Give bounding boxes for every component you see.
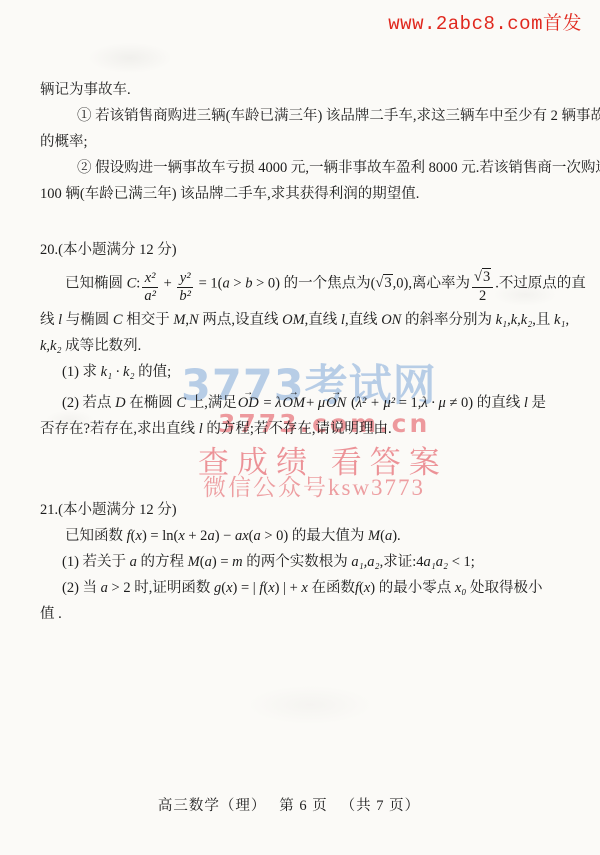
math-fraction: √32 [472,268,493,303]
text-run: ) = ln( [142,528,178,544]
text-run: ) | + [275,580,302,596]
math-variable: λ · μ [421,395,445,411]
text-line: 已知函数 f(x) = ln(x + 2a) − ax(a > 0) 的最大值为… [40,528,570,545]
text-run: + 2 [185,528,208,544]
text-run: : [136,275,140,291]
text-line: 的概率; [40,134,570,151]
text-run: (2) 若点 [62,395,115,411]
math-variable: k₁ [554,312,565,328]
math-variable: ax [235,528,249,544]
text-run: 20.(本小题满分 12 分) [40,242,177,258]
text-run: 已知椭圆 [65,275,127,291]
text-run: 成等比数列. [62,338,142,354]
text-line: 100 辆(车龄已满三年) 该品牌二手车,求其获得利润的期望值. [40,186,570,203]
text-line: 辆记为事故车. [40,82,570,99]
text-run: = 1( [195,275,223,291]
text-run: = [260,395,275,411]
text-run: 是 [528,395,546,411]
math-variable: M [188,554,200,570]
fraction-numerator: x² [142,271,158,287]
text-run: ). [392,528,400,544]
text-run: > 2 时,证明函数 [108,580,214,596]
text-run: 两点,设直线 [199,312,282,328]
text-run: 的两个实数根为 [243,554,352,570]
text-run: > [230,275,245,291]
page-footer: 高三数学（理） 第 6 页 （共 7 页） [0,794,578,815]
text-line: 已知椭圆 C:x²a² + y²b² = 1(a > b > 0) 的一个焦点为… [40,268,570,303]
text-run: , [565,312,569,328]
math-variable: M [173,312,185,328]
fraction-denominator: 2 [472,287,493,304]
text-run: (1) 若关于 [62,554,130,570]
sqrt-expression: √3 [474,269,491,285]
text-run: ,且 [532,312,554,328]
math-variable: M [368,528,380,544]
text-run: (2) 当 [62,580,101,596]
text-run: (1) 求 [62,364,101,380]
text-line: 20.(本小题满分 12 分) [40,242,570,259]
math-variable: m [232,554,242,570]
text-run: .不过原点的直 [495,275,586,291]
text-run: 在椭圆 [126,395,177,411]
text-run: 辆记为事故车. [40,82,131,98]
text-run: 相交于 [123,312,174,328]
math-variable: C [127,275,137,291]
text-line: 21.(本小题满分 12 分) [40,502,570,519]
text-run: 处取得极小 [466,580,542,596]
math-variable: a² [144,288,156,304]
math-variable: μ [318,395,325,411]
text-run: 在函数 [308,580,355,596]
math-variable: λ² + μ² [356,395,395,411]
document-body: 辆记为事故车.① 若该销售商购进三辆(车龄已满三年) 该品牌二手车,求这三辆车中… [40,82,570,632]
radicand: 3 [482,268,491,286]
text-run: + [306,395,318,411]
fraction-denominator: a² [142,287,158,304]
text-run: 与椭圆 [62,312,113,328]
text-run: ( [347,395,355,411]
text-run: > 0) 的一个焦点为( [252,275,375,291]
vector-expression: →OM [283,390,306,411]
text-run: 2 [479,288,486,304]
text-run: 值 . [40,606,62,622]
text-run: ) − [215,528,235,544]
math-variable: a [207,528,214,544]
text-run: = 1, [395,395,421,411]
math-variable: a [101,580,108,596]
text-run: ) 的最小零点 [370,580,455,596]
math-variable: a₁a₂ [423,554,448,570]
math-variable: x² [145,270,156,286]
math-variable: a [130,554,137,570]
text-run: 的方程 [137,554,188,570]
math-variable: N [189,312,199,328]
sqrt-expression: √3 [375,275,392,291]
vector-name: ON [326,396,346,411]
vector-expression: →OD [238,390,259,411]
math-variable: a₁,a₂ [351,554,379,570]
text-run: + [160,275,175,291]
math-variable: OM [282,312,305,328]
math-variable: a [253,528,260,544]
radical-sign: √ [474,269,482,285]
math-variable: b² [179,288,191,304]
text-run: 否存在?若存在,求出直线 [40,421,199,437]
radicand: 3 [383,274,392,292]
text-line: (1) 若关于 a 的方程 M(a) = m 的两个实数根为 a₁,a₂,求证:… [40,554,570,571]
exam-page: www.2abc8.com首发 3773考试网 3773.com.cn 查成绩 … [0,0,600,855]
fraction-numerator: y² [177,271,193,287]
math-variable: x₀ [455,580,466,596]
text-run: ,直线 [345,312,381,328]
text-run: < 1; [448,554,475,570]
math-variable: k,k₂ [40,338,62,354]
radical-sign: √ [375,275,383,291]
text-line: ① 若该销售商购进三辆(车龄已满三年) 该品牌二手车,求这三辆车中至少有 2 辆… [40,108,570,125]
text-line: (2) 当 a > 2 时,证明函数 g(x) = | f(x) | + x 在… [40,580,570,597]
text-run: ,0),离心率为 [393,275,470,291]
text-line: 值 . [40,606,570,623]
text-run: ) = | [233,580,260,596]
text-run: 的斜率分别为 [401,312,495,328]
text-run: ② 假设购进一辆事故车亏损 4000 元,一辆非事故车盈利 8000 元.若该销… [77,160,600,176]
text-line: 否存在?若存在,求出直线 l 的方程;若不存在,请说明理由. [40,421,570,438]
math-fraction: x²a² [142,271,158,303]
fraction-numerator: √3 [472,268,493,287]
math-variable: k₁ · k₂ [101,364,135,380]
text-run: 线 [40,312,58,328]
math-variable: λ [275,395,281,411]
text-run: 的方程;若不存在,请说明理由. [203,421,392,437]
text-run: 的值; [135,364,172,380]
text-run: 已知函数 [65,528,127,544]
fraction-denominator: b² [177,287,193,304]
vector-name: OM [283,396,306,411]
text-line: k,k₂ 成等比数列. [40,338,570,355]
math-variable: k₁,k,k₂ [496,312,533,328]
text-line: 线 l 与椭圆 C 相交于 M,N 两点,设直线 OM,直线 l,直线 ON 的… [40,312,570,329]
math-variable: D [115,395,125,411]
vector-name: OD [238,396,259,411]
text-line: (2) 若点 D 在椭圆 C 上,满足→OD = λ→OM+ μ→ON (λ² … [40,390,570,412]
math-variable: C [176,395,186,411]
text-line: (1) 求 k₁ · k₂ 的值; [40,364,570,381]
math-variable: a [205,554,212,570]
math-fraction: y²b² [177,271,193,303]
math-variable: ON [381,312,401,328]
text-run: ,直线 [305,312,341,328]
text-run: ① 若该销售商购进三辆(车龄已满三年) 该品牌二手车,求这三辆车中至少有 2 辆… [77,108,600,124]
text-run: 的概率; [40,134,88,150]
text-run: > 0) 的最大值为 [261,528,368,544]
math-variable: C [113,312,123,328]
text-run: ,求证:4 [380,554,424,570]
math-variable: a [223,275,230,291]
vector-expression: →ON [326,390,346,411]
text-run: 上,满足 [186,395,237,411]
text-run: 100 辆(车龄已满三年) 该品牌二手车,求其获得利润的期望值. [40,186,419,202]
text-run: 21.(本小题满分 12 分) [40,502,177,518]
math-variable: y² [180,270,191,286]
text-line: ② 假设购进一辆事故车亏损 4000 元,一辆非事故车盈利 8000 元.若该销… [40,160,570,177]
text-run: ) = [212,554,232,570]
text-run: ≠ 0) 的直线 [446,395,524,411]
